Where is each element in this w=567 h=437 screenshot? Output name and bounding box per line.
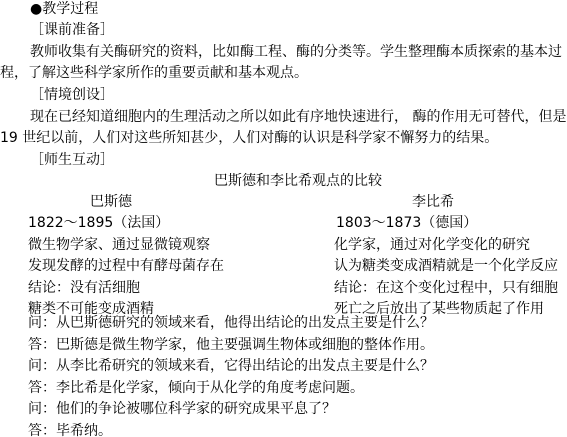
qa-answer: 答：巴斯德是微生物学家，他主要强调生物体或细胞的整体作用。 [28, 335, 434, 357]
qa-answer: 答：李比希是化学家，倾向于从化学的角度考虑问题。 [28, 378, 364, 400]
section-heading: ●教学过程 [30, 0, 98, 21]
comparison-title: 巴斯德和李比希观点的比较 [214, 171, 382, 193]
prep-title: ［课前准备］ [30, 20, 114, 42]
scenario-paragraph-line-1: 现在已经知道细胞内的生理活动之所以如此有序地快速进行， 酶的作用无可替代，但是 [30, 107, 566, 129]
prep-paragraph-line-2: 程，了解这些科学家所作的重要贡献和基本观点。 [0, 63, 308, 85]
right-line: 认为糖类变成酒精就是一个化学反应 [334, 256, 558, 278]
qa-question: 问：从巴斯德研究的领域来看，他得出结论的出发点主要是什么？ [28, 313, 434, 335]
prep-paragraph-line-1: 教师收集有关酶研究的资料，比如酶工程、酶的分类等。学生整理酶本质探索的基本过 [30, 42, 562, 64]
right-scientist-name: 李比希 [412, 192, 454, 214]
left-scientist-name: 巴斯德 [90, 192, 132, 214]
right-line: 结论：在这个变化过程中，只有细胞 [334, 278, 558, 300]
right-line: 化学家，通过对化学变化的研究 [334, 235, 530, 257]
scenario-paragraph-line-2: 19 世纪以前，人们对这些所知甚少，人们对酶的认识是科学家不懈努力的结果。 [0, 128, 498, 150]
left-line: 结论：没有活细胞 [28, 278, 140, 300]
right-line: 1803～1873（德国） [336, 213, 477, 235]
left-line: 1822～1895（法国） [28, 213, 169, 235]
qa-question: 问：从李比希研究的领域来看，它得出结论的出发点主要是什么？ [28, 356, 434, 378]
left-line: 发现发酵的过程中有酵母菌存在 [28, 256, 224, 278]
qa-answer: 答：毕希纳。 [28, 421, 112, 437]
interaction-title: ［师生互动］ [30, 150, 114, 172]
qa-question: 问：他们的争论被哪位科学家的研究成果平息了？ [28, 399, 336, 421]
left-line: 微生物学家、通过显微镜观察 [28, 235, 210, 257]
scenario-title: ［情境创设］ [30, 85, 114, 107]
